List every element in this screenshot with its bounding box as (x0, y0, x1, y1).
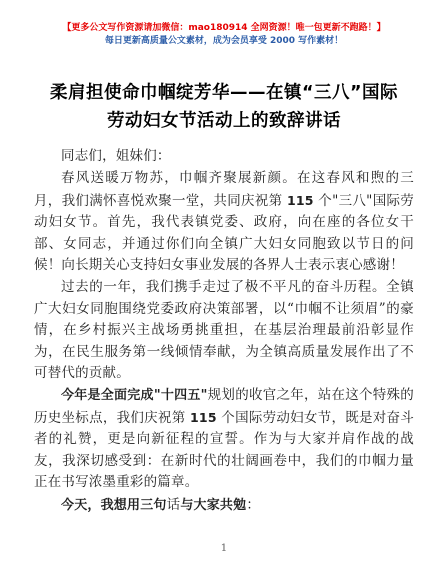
document-page: 【更多公文写作资源请加微信：mao180914 全网资源！唯一包更新不跑路！】 … (0, 0, 448, 580)
text-run: 115 (190, 410, 217, 425)
promo-line-2: 每日更新高质量公文素材，成为会员享受 2000 写作素材！ (34, 35, 414, 48)
text-run: 过去的一年，我们携手走过了极不平凡的奋斗历程。全镇广大妇女同胞围绕党委政府决策部… (34, 279, 414, 381)
promo-line-1: 【更多公文写作资源请加微信：mao180914 全网资源！唯一包更新不跑路！】 (34, 22, 414, 35)
document-body: 同志们，姐妹们：春风送暖万物苏，巾帼齐聚展新颜。在这春风和煦的三月，我们满怀喜悦… (34, 146, 414, 516)
page-number: 1 (0, 542, 448, 554)
paragraph-greeting: 春风送暖万物苏，巾帼齐聚展新颜。在这春风和煦的三月，我们满怀喜悦欢聚一堂，共同庆… (34, 168, 414, 276)
text-run: 115 (287, 193, 314, 208)
text-run: 今天，我想用三句 (61, 498, 167, 513)
paragraph-this-year: 今年是全面完成"十四五"规划的收官之年，站在这个特殊的历史坐标点，我们庆祝第 1… (34, 385, 414, 493)
text-run: 同志们，姐妹们： (61, 148, 171, 164)
paragraph-review-past-year: 过去的一年，我们携手走过了极不平凡的奋斗历程。全镇广大妇女同胞围绕党委政府决策部… (34, 277, 414, 384)
text-run: 话 (167, 497, 181, 513)
paragraph-salutation: 同志们，姐妹们： (34, 146, 414, 167)
text-run: 今年是全面完成"十四五" (61, 388, 208, 403)
text-run: ： (246, 497, 260, 513)
text-run: 与大家共勉 (180, 498, 246, 513)
paragraph-three-sentences-lead: 今天，我想用三句话与大家共勉： (34, 495, 414, 516)
promo-header: 【更多公文写作资源请加微信：mao180914 全网资源！唯一包更新不跑路！】 … (34, 22, 414, 48)
document-title: 柔肩担使命巾帼绽芳华——在镇“三八”国际劳动妇女节活动上的致辞讲话 (42, 79, 406, 135)
